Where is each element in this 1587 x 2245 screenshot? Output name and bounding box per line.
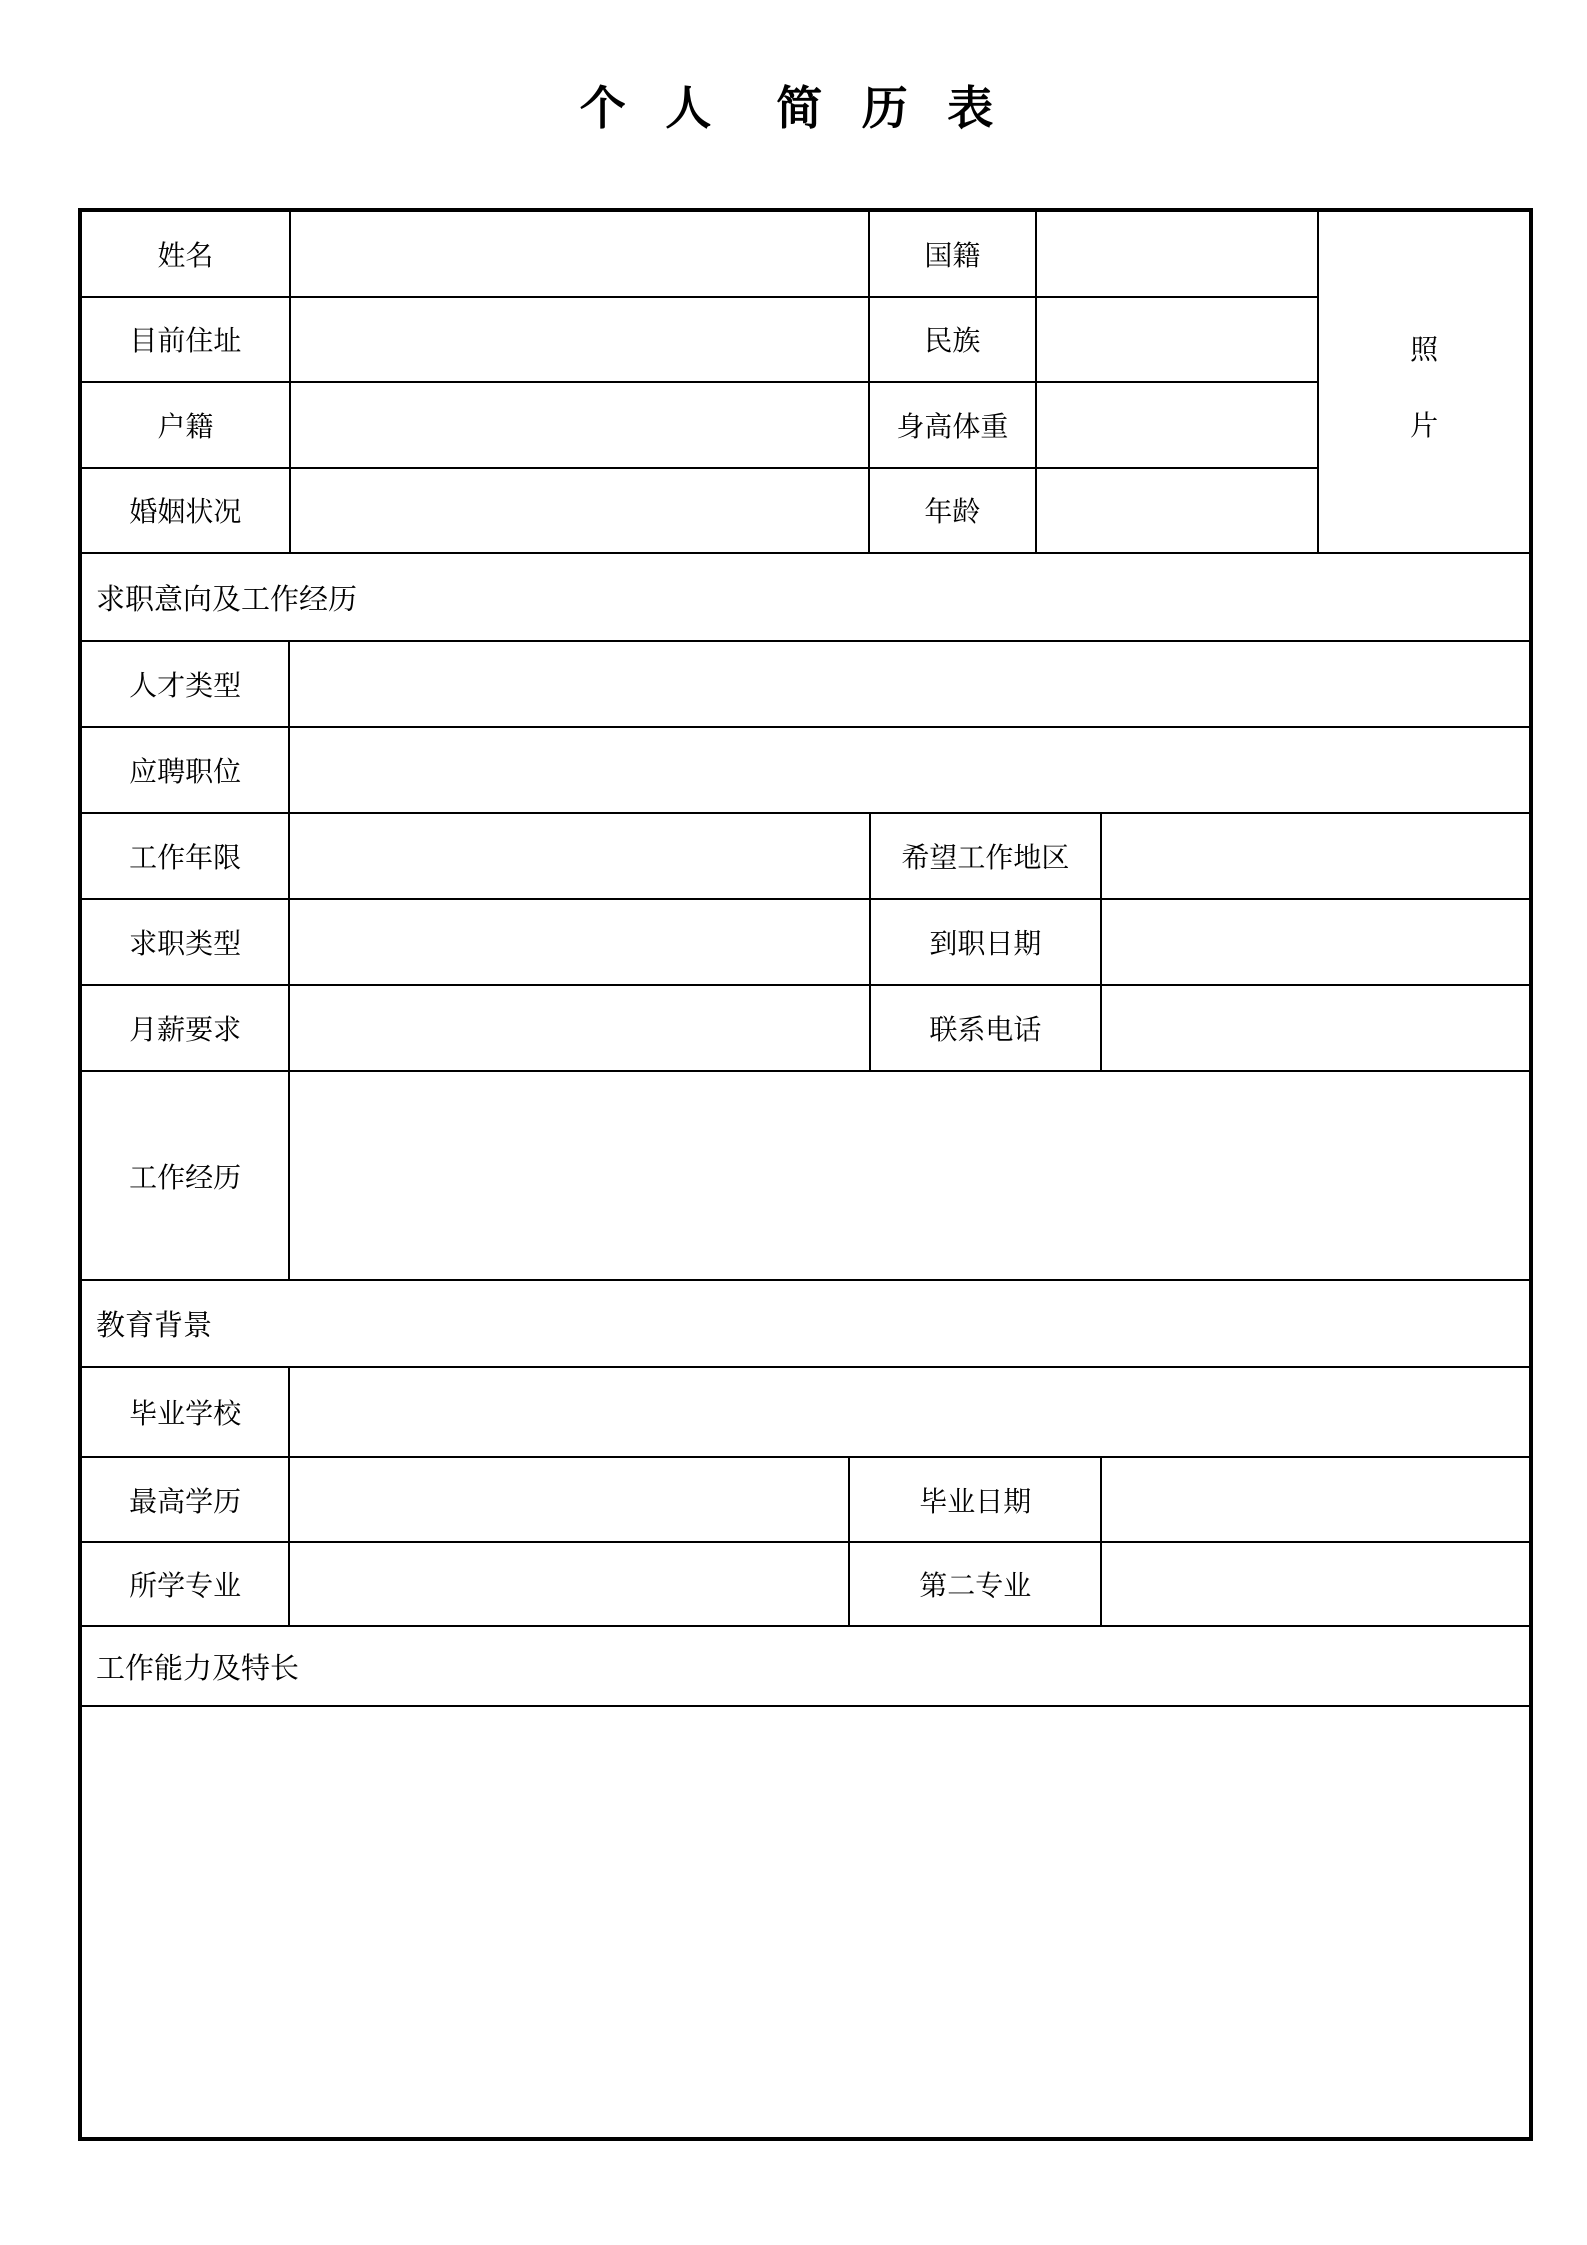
section-header-education: 教育背景 [82,1281,1529,1368]
start-date-field[interactable] [1102,900,1529,984]
graduation-date-label: 毕业日期 [850,1458,1102,1541]
table-row: 毕业学校 [82,1368,1529,1458]
highest-degree-field[interactable] [290,1458,850,1541]
nationality-field[interactable] [1037,212,1317,296]
table-row: 最高学历 毕业日期 [82,1458,1529,1543]
table-row: 所学专业 第二专业 [82,1543,1529,1627]
ethnicity-label: 民族 [870,298,1037,382]
graduation-date-field[interactable] [1102,1458,1529,1541]
work-experience-field[interactable] [290,1072,1529,1279]
table-row: 户籍 身高体重 [82,383,1317,469]
work-years-field[interactable] [290,814,870,898]
position-applied-label: 应聘职位 [82,728,290,812]
start-date-label: 到职日期 [871,900,1103,984]
household-label: 户籍 [82,383,291,467]
resume-form-table: 姓名 国籍 目前住址 民族 户籍 身高体重 婚姻状况 年龄 [78,208,1533,2141]
highest-degree-label: 最高学历 [82,1458,290,1541]
table-row: 姓名 国籍 [82,212,1317,298]
section-header-skills: 工作能力及特长 [82,1627,1529,1707]
name-field[interactable] [291,212,870,296]
photo-label-line2: 片 [1410,389,1438,465]
table-row [82,1707,1529,2137]
photo-label-line1: 照 [1410,313,1438,389]
height-weight-field[interactable] [1037,383,1317,467]
work-experience-label: 工作经历 [82,1072,290,1279]
marital-status-field[interactable] [291,469,870,553]
talent-type-label: 人才类型 [82,642,290,726]
table-row: 人才类型 [82,642,1529,728]
job-type-label: 求职类型 [82,900,290,984]
skills-field[interactable] [82,1707,1529,2137]
age-field[interactable] [1037,469,1317,553]
major-label: 所学专业 [82,1543,290,1625]
talent-type-field[interactable] [290,642,1529,726]
second-major-label: 第二专业 [850,1543,1102,1625]
table-row: 婚姻状况 年龄 [82,469,1317,553]
position-applied-field[interactable] [290,728,1529,812]
household-field[interactable] [291,383,870,467]
salary-field[interactable] [290,986,870,1070]
job-type-field[interactable] [290,900,870,984]
table-row: 求职类型 到职日期 [82,900,1529,986]
age-label: 年龄 [870,469,1037,553]
name-label: 姓名 [82,212,291,296]
marital-status-label: 婚姻状况 [82,469,291,553]
desired-area-field[interactable] [1102,814,1529,898]
desired-area-label: 希望工作地区 [871,814,1103,898]
table-row: 工作经历 [82,1072,1529,1281]
salary-label: 月薪要求 [82,986,290,1070]
graduation-school-field[interactable] [290,1368,1529,1456]
phone-label: 联系电话 [871,986,1103,1070]
phone-field[interactable] [1102,986,1529,1070]
table-row: 月薪要求 联系电话 [82,986,1529,1072]
address-field[interactable] [291,298,870,382]
section-title: 工作能力及特长 [96,1646,299,1687]
photo-placeholder-cell[interactable]: 照 片 [1319,212,1529,552]
section-title: 求职意向及工作经历 [96,577,357,618]
section-header-job-intent: 求职意向及工作经历 [82,554,1529,642]
page-title: 个 人 简 历 表 [0,72,1587,138]
address-label: 目前住址 [82,298,291,382]
graduation-school-label: 毕业学校 [82,1368,290,1456]
ethnicity-field[interactable] [1037,298,1317,382]
table-row: 应聘职位 [82,728,1529,814]
section-title: 教育背景 [96,1303,212,1344]
table-row: 工作年限 希望工作地区 [82,814,1529,900]
nationality-label: 国籍 [870,212,1037,296]
work-years-label: 工作年限 [82,814,290,898]
major-field[interactable] [290,1543,850,1625]
table-row: 目前住址 民族 [82,298,1317,384]
height-weight-label: 身高体重 [870,383,1037,467]
personal-info-grid: 姓名 国籍 目前住址 民族 户籍 身高体重 婚姻状况 年龄 [82,212,1319,552]
second-major-field[interactable] [1102,1543,1529,1625]
personal-info-section: 姓名 国籍 目前住址 民族 户籍 身高体重 婚姻状况 年龄 [82,212,1529,554]
